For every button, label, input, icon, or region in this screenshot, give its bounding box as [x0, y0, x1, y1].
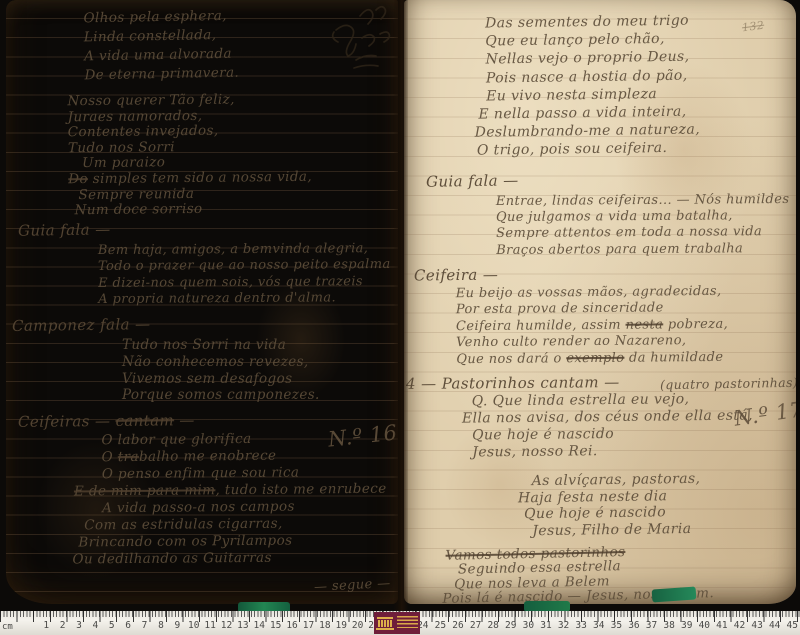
ruler-number: 31 [537, 620, 555, 631]
ruler-number: 42 [731, 620, 749, 631]
speaker-label: Guia fala — [18, 220, 111, 240]
ruler-number: 38 [660, 620, 678, 631]
verse-line: Eu beijo as vossas mãos, agradecidas, [456, 284, 728, 303]
ruler-number: 36 [625, 620, 643, 631]
verse-line: De eterna primavera. [84, 64, 239, 86]
verse-line: Sempre attentos em toda a nossa vida [496, 224, 790, 242]
ruler-number: 45 [783, 620, 800, 631]
page-number-mark: 132 [741, 19, 765, 35]
logo-text-lines [397, 616, 418, 630]
ruler-number: 34 [590, 620, 608, 631]
speaker-label: Camponez fala — [12, 315, 151, 335]
ruler-number: 32 [555, 620, 573, 631]
verse-line: E de mim para mim, tudo isto me enrubece [74, 481, 387, 501]
speaker-label-aside: (quatro pastorinhas) [660, 375, 796, 392]
book-gutter-shadow [394, 0, 408, 612]
stanza: Q. Que linda estrella eu vejo, Ella nos … [472, 391, 754, 462]
ruler-scale-left: 123456789101112131415161718192021 [38, 620, 382, 631]
manuscript-scan: Olhos pela esphera, Linda constellada, A… [0, 0, 800, 635]
verse-line: Das sementes do meu trigo [485, 12, 699, 33]
verse-line: Porque somos camponezes. [122, 387, 320, 404]
ruler-number: 13 [235, 620, 251, 631]
ruler-number: 9 [169, 620, 185, 631]
verse-line: O trigo, pois sou ceifeira. [477, 139, 701, 160]
ruler-number: 1 [38, 620, 54, 631]
ruler-number: 27 [467, 620, 485, 631]
ruler-number: 14 [251, 620, 267, 631]
speaker-label: Guia fala — [426, 171, 519, 191]
right-page: 132 Das sementes do meu trigo Que eu lan… [404, 0, 796, 604]
stanza: As alvíçaras, pastoras, Haja festa neste… [532, 471, 702, 540]
verse-line: Entrae, lindas ceifeiras... — Nós humild… [496, 192, 790, 210]
ruler-number: 6 [120, 620, 136, 631]
ruler-number: 37 [643, 620, 661, 631]
speaker-label: Ceifeira — [414, 266, 498, 285]
ruler-number: 19 [333, 620, 349, 631]
verse-line: Que nos dará o exemplo da humildade [456, 349, 728, 368]
verse-line: Jesus, nosso Rei. [472, 442, 753, 462]
ruler-number: 35 [608, 620, 626, 631]
verse-line: Num doce sorriso [68, 201, 312, 219]
stanza: Olhos pela esphera, Linda constellada, A… [83, 7, 239, 86]
ruler-number: 10 [186, 620, 202, 631]
ruler-number: 5 [104, 620, 120, 631]
ruler-number: 20 [349, 620, 365, 631]
ruler-number: 3 [71, 620, 87, 631]
ruler-number: 15 [267, 620, 283, 631]
stanza: Entrae, lindas ceifeiras... — Nós humild… [496, 192, 790, 259]
verse-line: Vivemos sem desafogos [122, 371, 320, 388]
ruler-number: 40 [696, 620, 714, 631]
verse-line: Bem haja, amigos, a bemvinda alegria, [98, 241, 391, 259]
verse-line: Todo o prazer que ao nosso peito espalma [98, 257, 391, 275]
verse-line: Nellas vejo o proprio Deus, [486, 48, 700, 69]
ruler-number: 12 [218, 620, 234, 631]
ruler-number: 39 [678, 620, 696, 631]
ruler-number: 44 [766, 620, 784, 631]
stanza: O labor que glorifica O trabalho me enob… [101, 430, 387, 568]
ink-scribble-doodle [322, 2, 392, 92]
left-page: Olhos pela esphera, Linda constellada, A… [6, 0, 398, 604]
ruler-number: 11 [202, 620, 218, 631]
ruler-number: 4 [87, 620, 103, 631]
ruler-number: 8 [153, 620, 169, 631]
verse-line: As alvíçaras, pastoras, [532, 471, 701, 490]
ruler-number: 30 [520, 620, 538, 631]
ruler-number: 2 [54, 620, 70, 631]
verse-line: Tudo nos Sorri na vida [122, 337, 320, 354]
ruler-number: 41 [713, 620, 731, 631]
verse-line: Ella nos avisa, dos céus onde ella está, [462, 408, 753, 428]
archive-building-logo [374, 612, 420, 634]
verse-line: A propria natureza dentro d'alma. [98, 290, 391, 308]
verse-line: E dizei-nos quem sois, vós que trazeis [98, 274, 391, 292]
verse-line: Não conhecemos revezes, [122, 354, 320, 371]
speaker-label: 4 — Pastorinhos cantam — [406, 373, 620, 393]
stanza: Tudo nos Sorri na vida Não conhecemos re… [122, 337, 320, 404]
building-icon [376, 615, 394, 631]
ruler-number: 17 [300, 620, 316, 631]
stanza: Nosso querer Tão feliz, Juraes namorados… [67, 92, 312, 219]
ruler-number: 33 [572, 620, 590, 631]
ruler-number: 25 [432, 620, 450, 631]
verse-line: Braços abertos para quem trabalha [496, 241, 790, 259]
verse-line: Jesus, Filho de Maria [532, 521, 701, 540]
continuation-note: — segue — [314, 576, 391, 595]
ruler-number: 43 [748, 620, 766, 631]
stanza: Bem haja, amigos, a bemvinda alegria, To… [98, 241, 391, 309]
ruler-number: 29 [502, 620, 520, 631]
stanza: Eu beijo as vossas mãos, agradecidas, Po… [456, 284, 729, 368]
ruler-number: 28 [484, 620, 502, 631]
stanza: Das sementes do meu trigo Que eu lanço p… [485, 12, 700, 160]
verse-line: Ceifeira humilde, assim nesta pobreza, [456, 317, 728, 336]
ruler-unit-label: cm [2, 622, 13, 632]
verse-line: Ou dedilhando as Guitarras [72, 549, 387, 569]
ruler-scale-right: 2425262728293031323334353637383940414243… [414, 620, 800, 631]
ruler-number: 7 [136, 620, 152, 631]
ruler-number: 16 [284, 620, 300, 631]
verse-line: Pois nasce a hostia do pão, [486, 66, 700, 87]
speaker-label: Ceifeiras — cantam — [18, 411, 195, 431]
ruler-number: 18 [317, 620, 333, 631]
ruler-number: 26 [449, 620, 467, 631]
